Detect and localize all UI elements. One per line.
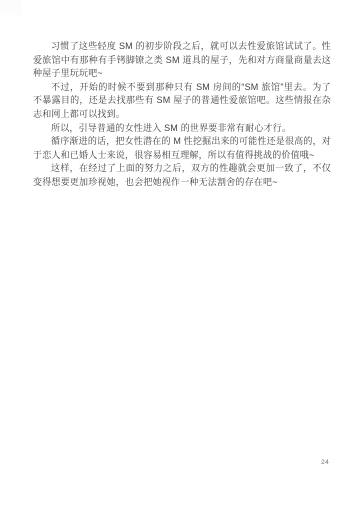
document-page: 习惯了这些轻度 SM 的初步阶段之后，就可以去性爱旅馆试试了。性爱旅馆中有那种有… — [0, 0, 360, 509]
page-number: 24 — [321, 459, 329, 466]
paragraph: 这样，在经过了上面的努力之后，双方的性趣就会更加一致了，不仅变得想要更加珍视她，… — [33, 162, 331, 189]
body-text: 习惯了这些轻度 SM 的初步阶段之后，就可以去性爱旅馆试试了。性爱旅馆中有那种有… — [33, 40, 331, 190]
paragraph: 习惯了这些轻度 SM 的初步阶段之后，就可以去性爱旅馆试试了。性爱旅馆中有那种有… — [33, 40, 331, 81]
paragraph: 不过，开始的时候不要到那种只有 SM 房间的“SM 旅馆”里去。为了不暴露目的，… — [33, 81, 331, 122]
scan-artifact — [0, 0, 21, 15]
paragraph: 所以，引导普通的女性进入 SM 的世界要非常有耐心才行。 — [33, 122, 331, 136]
paragraph: 循序渐进的话，把女性潜在的 M 性挖掘出来的可能性还是很高的，对于恋人和已婚人士… — [33, 135, 331, 162]
